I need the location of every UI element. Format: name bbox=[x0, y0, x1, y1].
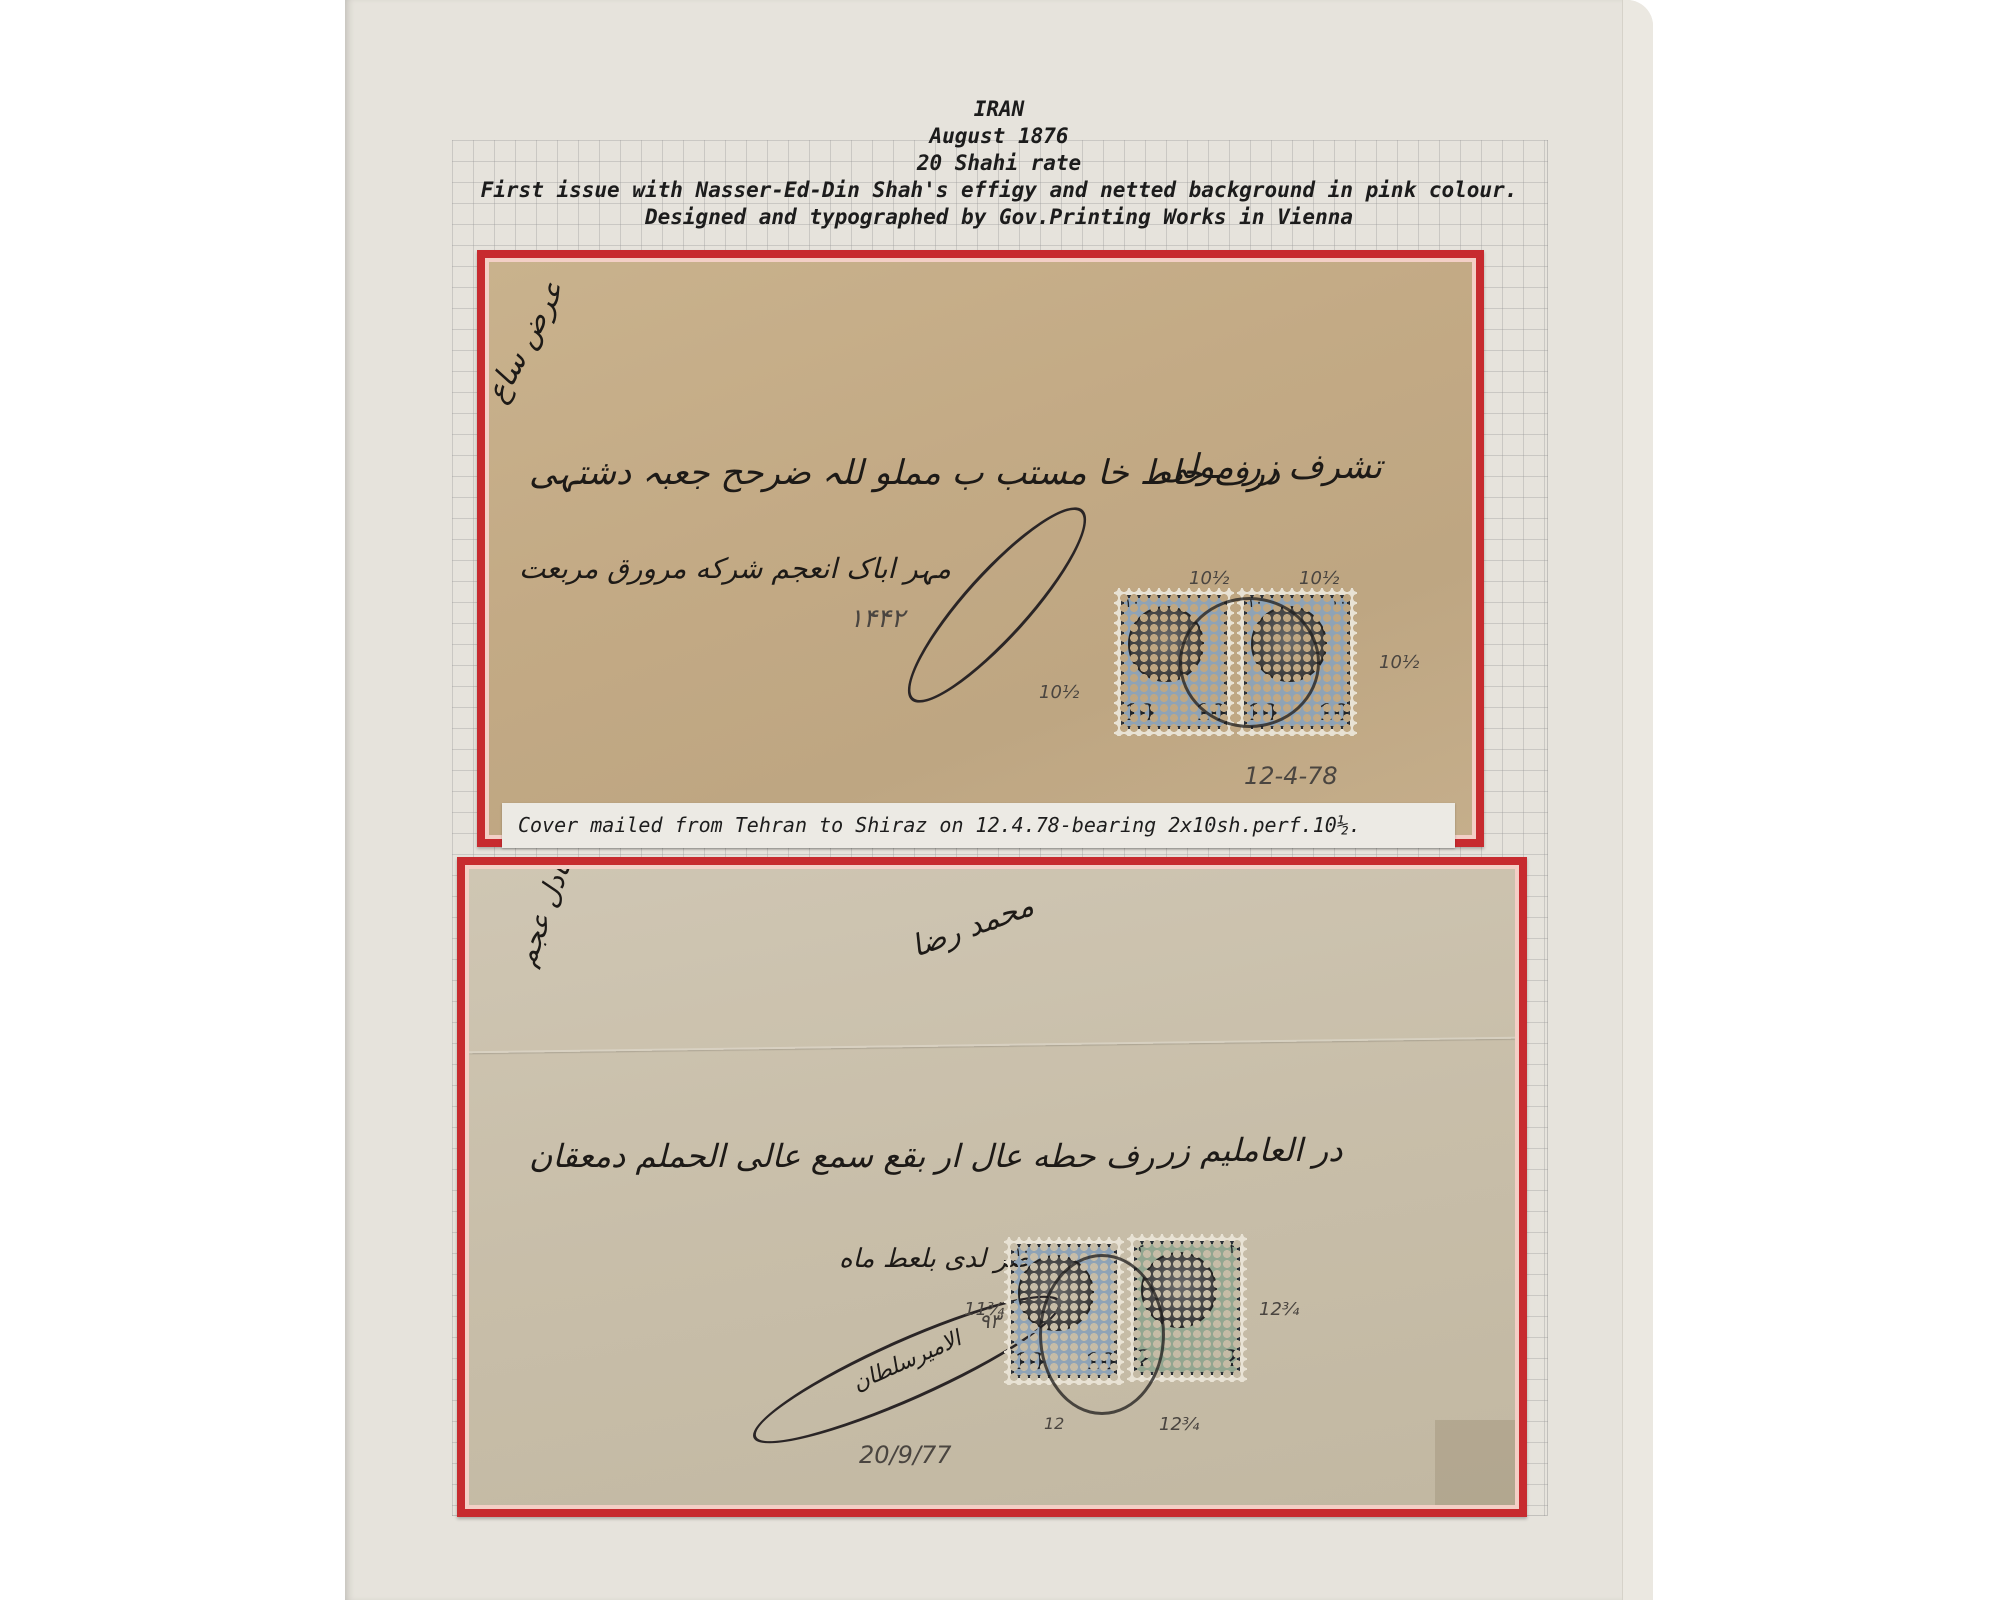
address-line-main: رف حطه عال ار بقع سمع عالی الحملم دمعقان bbox=[529, 1137, 1154, 1175]
cover-caption-1: Cover mailed from Tehran to Shiraz on 12… bbox=[502, 803, 1455, 848]
perf-note: 10½ bbox=[1039, 682, 1079, 703]
cover-mount-2: محمد رضا عمر حسن اعادل عجم رف حطه عال ار… bbox=[457, 857, 1527, 1517]
envelope-fold bbox=[469, 1037, 1515, 1054]
address-line-sender: مہر اباک انعجم شرکه مرورق مربعت bbox=[519, 552, 951, 585]
stamp-value-persian: ۱۰ bbox=[1014, 1242, 1030, 1260]
envelope-cover-1: عرض ساع تشرف زر مولی درف حاط خا مستب ب م… bbox=[489, 262, 1472, 835]
header-printer: Designed and typographed by Gov.Printing… bbox=[345, 204, 1653, 231]
address-line-diagonal: عرض ساع bbox=[489, 275, 572, 408]
stamp-value: 10 bbox=[1124, 700, 1155, 726]
perf-note: 12¾ bbox=[1159, 1414, 1199, 1435]
address-line-top: محمد رضا bbox=[907, 888, 1038, 964]
pencil-date: 12-4-78 bbox=[1244, 762, 1338, 790]
header-country: IRAN bbox=[345, 96, 1653, 123]
stamp-value: 10 bbox=[1318, 700, 1349, 726]
address-line-diagonal: عمر حسن اعادل عجم bbox=[509, 869, 628, 970]
address-line-right: در العاملیم زر bbox=[1159, 1131, 1342, 1169]
stamp-value-persian: ۲ bbox=[1137, 1239, 1145, 1257]
header-rate: 20 Shahi rate bbox=[345, 150, 1653, 177]
stain-patch bbox=[1435, 1420, 1515, 1505]
cover-mount-1: عرض ساع تشرف زر مولی درف حاط خا مستب ب م… bbox=[477, 250, 1484, 847]
address-line-main: درف حاط خا مستب ب مملو للہ ضرحح جعبہ دشت… bbox=[529, 452, 1280, 493]
stamp-value-persian: ۱۰ bbox=[1124, 593, 1140, 611]
perf-note: 10½ bbox=[1299, 568, 1339, 589]
pencil-date: 20/9/77 bbox=[859, 1441, 952, 1469]
address-line-sender: صر لدی بلعط ماه bbox=[839, 1244, 1031, 1274]
perf-note: 12¾ bbox=[1259, 1299, 1299, 1320]
perf-note: 10½ bbox=[1189, 568, 1229, 589]
envelope-cover-2: محمد رضا عمر حسن اعادل عجم رف حطه عال ار… bbox=[469, 869, 1515, 1505]
stamp-value-persian: ۲ bbox=[1229, 1239, 1237, 1257]
page-edge-flap bbox=[1622, 0, 1653, 1600]
header-description: First issue with Nasser-Ed-Din Shah's ef… bbox=[345, 177, 1653, 204]
stamp-value-persian: ۱۰ bbox=[1331, 593, 1347, 611]
postmark-cancel bbox=[1179, 597, 1320, 728]
perf-note: 10½ bbox=[1379, 652, 1419, 673]
perf-note: 11¾ bbox=[964, 1299, 1004, 1320]
postmark-cancel bbox=[1039, 1254, 1165, 1415]
cover-number: ۱۴۴۲ bbox=[849, 604, 905, 634]
page-header: IRAN August 1876 20 Shahi rate First iss… bbox=[345, 96, 1653, 231]
perf-note: 12 bbox=[1044, 1414, 1064, 1433]
header-date: August 1876 bbox=[345, 123, 1653, 150]
stamp-value: 2 bbox=[1224, 1346, 1239, 1372]
